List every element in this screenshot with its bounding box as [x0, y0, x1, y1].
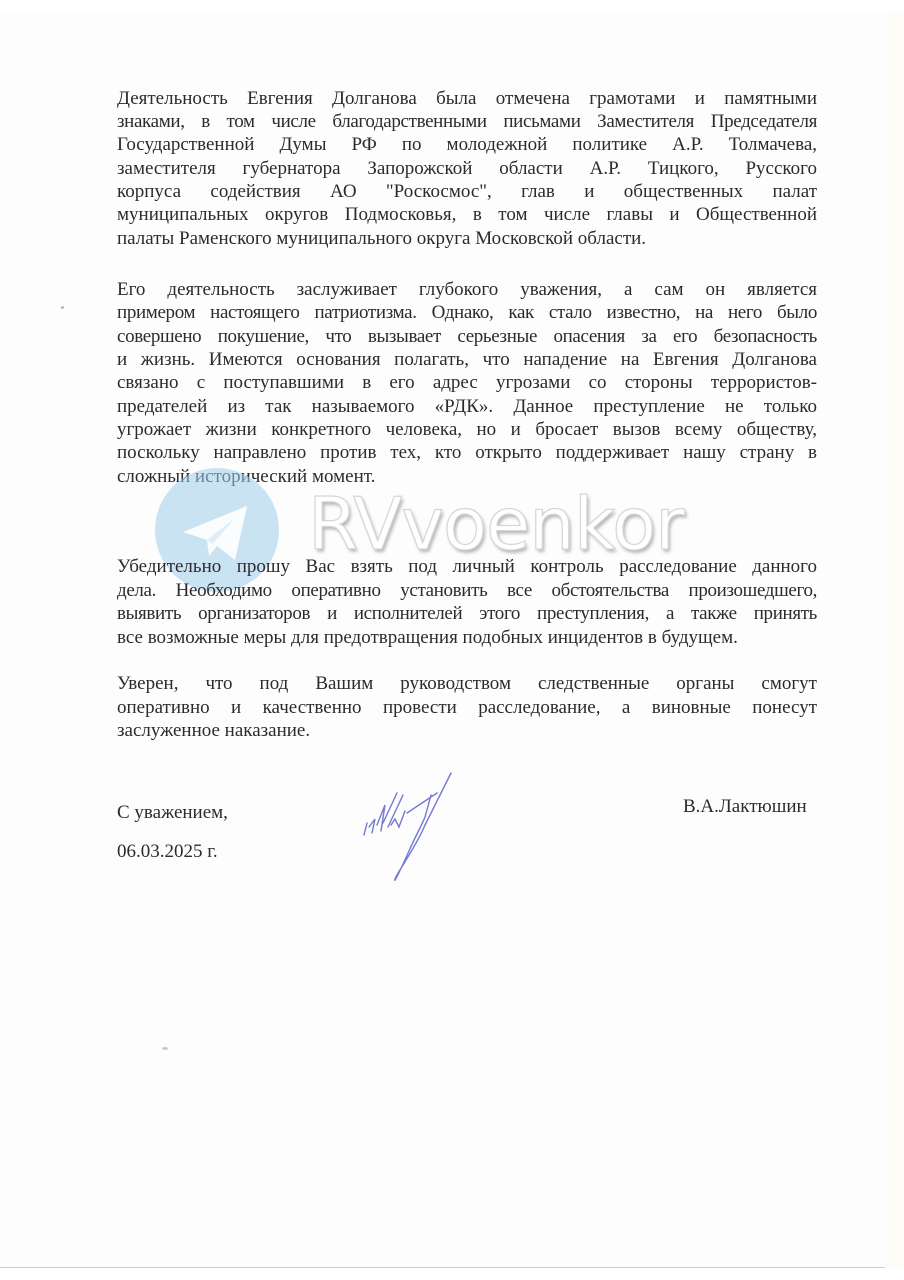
text-line: Деятельность Евгения Долганова была отме… — [117, 87, 817, 110]
text-line: Его деятельность заслуживает глубокого у… — [117, 278, 817, 301]
text-line: муниципальных округов Подмосковья, в том… — [117, 203, 817, 226]
text-line: оперативно и качественно провести рассле… — [117, 696, 817, 719]
handwritten-signature — [355, 765, 465, 885]
text-line: все возможные меры для предотвращения по… — [117, 626, 817, 649]
paper-speck — [61, 306, 64, 309]
text-line: поскольку направлено против тех, кто отк… — [117, 441, 817, 464]
page-edge — [884, 13, 904, 1267]
text-line: дела. Необходимо оперативно установить в… — [117, 579, 817, 602]
signatory-name: В.А.Лактюшин — [683, 795, 807, 818]
closing-regards: С уважением, — [117, 801, 228, 824]
text-line: примером настоящего патриотизма. Однако,… — [117, 301, 817, 324]
text-line: Убедительно прошу Вас взять под личный к… — [117, 555, 817, 578]
text-line: выявить организаторов и исполнителей это… — [117, 602, 817, 625]
text-line: корпуса содействия АО "Роскосмос", глав … — [117, 180, 817, 203]
text-line: Государственной Думы РФ по молодежной по… — [117, 133, 817, 156]
text-line: и жизнь. Имеются основания полагать, что… — [117, 348, 817, 371]
text-line: совершено покушение, что вызывает серьез… — [117, 325, 817, 348]
text-line: Уверен, что под Вашим руководством следс… — [117, 672, 817, 695]
letter-date: 06.03.2025 г. — [117, 840, 218, 863]
text-line: знаками, в том числе благодарственными п… — [117, 110, 817, 133]
text-line: палаты Раменского муниципального округа … — [117, 227, 817, 250]
text-line: заслуженное наказание. — [117, 719, 817, 742]
watermark-text: RVvoenkor — [308, 484, 684, 564]
text-line: связано с поступавшими в его адрес угроз… — [117, 371, 817, 394]
paper-speck — [162, 1047, 168, 1050]
text-line: заместителя губернатора Запорожской обла… — [117, 157, 817, 180]
text-line: угрожает жизни конкретного человека, но … — [117, 418, 817, 441]
text-line: предателей из так называемого «РДК». Дан… — [117, 395, 817, 418]
